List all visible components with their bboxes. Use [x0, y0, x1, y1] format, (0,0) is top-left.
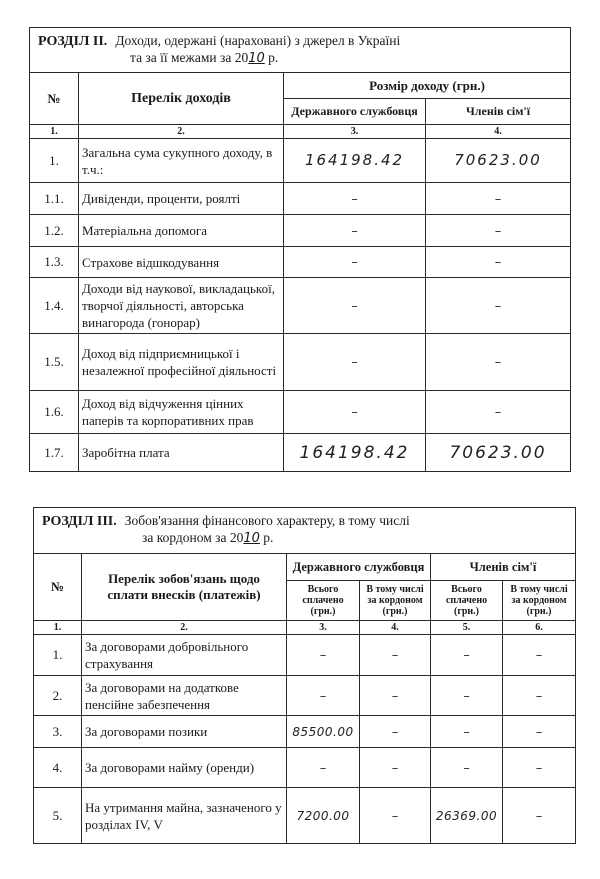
header-income-amount: Розмір доходу (грн.) [284, 73, 571, 99]
index-cell: 3. [284, 125, 426, 139]
family-total-value: – [463, 761, 470, 776]
section-2-title-line1: Доходи, одержані (нараховані) з джерел в… [115, 33, 400, 48]
header-abroad: В тому числі за кордоном (грн.) [360, 581, 431, 621]
table-row: 5. На утримання майна, зазначеного у роз… [34, 788, 576, 844]
row-name: На утримання майна, зазначеного у розділ… [82, 788, 287, 844]
family-abroad-value: – [536, 809, 543, 824]
header-official: Державного службовця [284, 99, 426, 125]
row-name: За договорами на додаткове пенсійне забе… [82, 676, 287, 716]
row-name: За договорами найму (оренди) [82, 748, 287, 788]
family-total-value: 26369.00 [436, 809, 497, 823]
family-total-value: – [463, 725, 470, 740]
table-row: 1. За договорами добровільного страхуван… [34, 635, 576, 676]
family-abroad-value: – [536, 689, 543, 704]
table-row: 1.6. Доход від відчуження цінних паперів… [30, 391, 571, 434]
index-cell: 2. [79, 125, 284, 139]
family-value: – [495, 405, 502, 420]
header-family: Членів сім'ї [431, 554, 576, 581]
family-value: – [495, 355, 502, 370]
section-2-title: РОЗДІЛ ІІ.Доходи, одержані (нараховані) … [30, 28, 571, 73]
family-abroad-value: – [536, 761, 543, 776]
row-name: Заробітна плата [79, 434, 284, 472]
family-value: – [495, 192, 502, 207]
header-number: № [34, 554, 82, 621]
family-value: – [495, 224, 502, 239]
header-abroad: В тому числі за кордоном (грн.) [503, 581, 576, 621]
section-3-label: РОЗДІЛ ІІІ. [42, 514, 117, 529]
family-value: – [495, 299, 502, 314]
official-total-value: 7200.00 [296, 809, 349, 823]
row-number: 2. [34, 676, 82, 716]
header-number: № [30, 73, 79, 125]
row-number: 1.1. [30, 183, 79, 215]
row-name: За договорами позики [82, 716, 287, 748]
index-cell: 1. [34, 621, 82, 635]
official-abroad-value: – [392, 761, 399, 776]
table-row: 1.2. Матеріальна допомога – – [30, 215, 571, 247]
table-row: 1.4. Доходи від наукової, викладацької, … [30, 278, 571, 334]
row-name: Страхове відшкодування [79, 247, 284, 278]
table-row: 3. За договорами позики 85500.00 – – – [34, 716, 576, 748]
official-abroad-value: – [392, 809, 399, 824]
header-obligations-list: Перелік зобов'язань щодо сплати внесків … [82, 554, 287, 621]
header-official: Державного службовця [287, 554, 431, 581]
header-total-paid: Всього сплачено (грн.) [431, 581, 503, 621]
official-value: 164198.42 [300, 443, 410, 463]
header-total-paid: Всього сплачено (грн.) [287, 581, 360, 621]
table-row: 1.1. Дивіденди, проценти, роялті – – [30, 183, 571, 215]
official-value: – [351, 355, 358, 370]
official-value: – [351, 255, 358, 270]
section-3-title: РОЗДІЛ ІІІ.Зобов'язання фінансового хара… [34, 508, 576, 554]
obligations-table: РОЗДІЛ ІІІ.Зобов'язання фінансового хара… [33, 507, 576, 844]
official-total-value: – [320, 689, 327, 704]
family-abroad-value: – [536, 648, 543, 663]
index-cell: 3. [287, 621, 360, 635]
table-row: 2. За договорами на додаткове пенсійне з… [34, 676, 576, 716]
row-number: 1.6. [30, 391, 79, 434]
header-family: Членів сім'ї [426, 99, 571, 125]
family-value: 70623.00 [454, 151, 542, 169]
row-number: 4. [34, 748, 82, 788]
official-total-value: 85500.00 [292, 725, 353, 739]
row-number: 1.4. [30, 278, 79, 334]
family-value: 70623.00 [449, 443, 546, 463]
index-cell: 6. [503, 621, 576, 635]
official-value: – [351, 405, 358, 420]
row-number: 1.3. [30, 247, 79, 278]
official-abroad-value: – [392, 689, 399, 704]
family-abroad-value: – [536, 725, 543, 740]
section-3-title-line1: Зобов'язання фінансового характеру, в то… [125, 513, 410, 528]
row-name: За договорами добровільного страхування [82, 635, 287, 676]
row-name: Дивіденди, проценти, роялті [79, 183, 284, 215]
official-abroad-value: – [392, 725, 399, 740]
year-handwritten: 10 [243, 531, 260, 546]
family-total-value: – [463, 689, 470, 704]
year-handwritten: 10 [248, 51, 265, 66]
official-total-value: – [320, 761, 327, 776]
row-number: 5. [34, 788, 82, 844]
row-number: 1.7. [30, 434, 79, 472]
official-value: – [351, 224, 358, 239]
family-value: – [495, 255, 502, 270]
index-cell: 5. [431, 621, 503, 635]
official-total-value: – [320, 648, 327, 663]
index-cell: 1. [30, 125, 79, 139]
index-cell: 4. [360, 621, 431, 635]
table-row: 1. Загальна сума сукупного доходу, в т.ч… [30, 139, 571, 183]
table-row: 1.7. Заробітна плата 164198.42 70623.00 [30, 434, 571, 472]
year-suffix: р. [265, 50, 279, 65]
income-table: РОЗДІЛ ІІ.Доходи, одержані (нараховані) … [29, 27, 571, 472]
table-row: 1.3. Страхове відшкодування – – [30, 247, 571, 278]
official-value: – [351, 299, 358, 314]
section-2-title-line2: та за її межами за 20 [130, 50, 248, 65]
official-abroad-value: – [392, 648, 399, 663]
row-name: Доход від відчуження цінних паперів та к… [79, 391, 284, 434]
table-row: 1.5. Доход від підприємницької і незалеж… [30, 334, 571, 391]
row-name: Загальна сума сукупного доходу, в т.ч.: [79, 139, 284, 183]
family-total-value: – [463, 648, 470, 663]
table-row: 4. За договорами найму (оренди) – – – – [34, 748, 576, 788]
official-value: 164198.42 [305, 151, 404, 169]
row-number: 1.2. [30, 215, 79, 247]
year-suffix: р. [260, 530, 274, 545]
row-number: 1. [30, 139, 79, 183]
index-cell: 2. [82, 621, 287, 635]
row-number: 1.5. [30, 334, 79, 391]
header-income-list: Перелік доходів [79, 73, 284, 125]
row-name: Матеріальна допомога [79, 215, 284, 247]
index-cell: 4. [426, 125, 571, 139]
section-2-label: РОЗДІЛ ІІ. [38, 34, 107, 49]
row-name: Доходи від наукової, викладацької, творч… [79, 278, 284, 334]
section-3-title-line2: за кордоном за 20 [142, 530, 243, 545]
row-number: 3. [34, 716, 82, 748]
official-value: – [351, 192, 358, 207]
row-name: Доход від підприємницької і незалежної п… [79, 334, 284, 391]
row-number: 1. [34, 635, 82, 676]
